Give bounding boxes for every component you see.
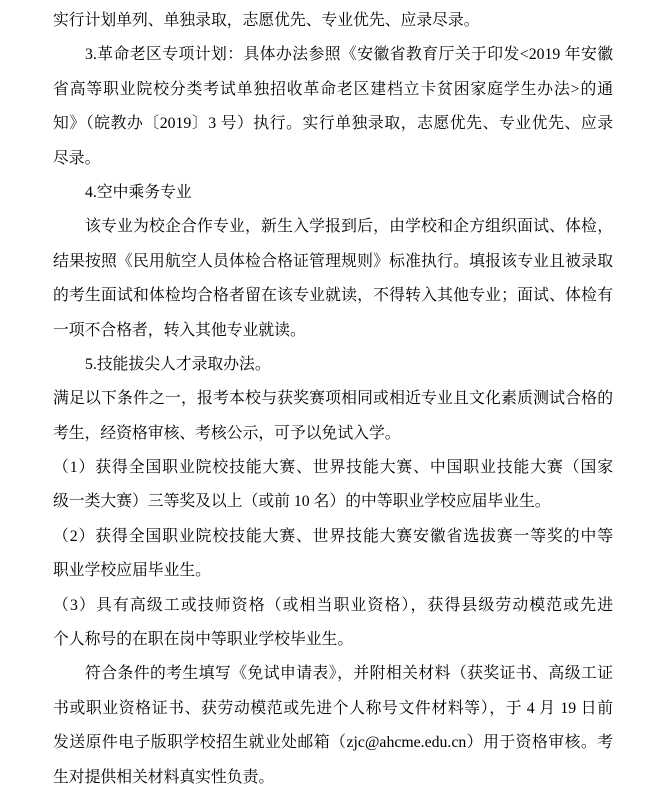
text-line: 书或职业资格证书、获劳动模范或先进个人称号文件材料等），于 4 月 19 日前 xyxy=(53,692,613,726)
document-page: 实行计划单列、单独录取，志愿优先、专业优先、应录尽录。3.革命老区专项计划：具体… xyxy=(0,0,659,797)
text-line: 知》（皖教办〔2019〕3 号）执行。实行单独录取，志愿优先、专业优先、应录 xyxy=(53,107,613,141)
text-line: 生对提供相关材料真实性负责。 xyxy=(53,761,613,795)
text-line: 实行计划单列、单独录取，志愿优先、专业优先、应录尽录。 xyxy=(53,4,613,38)
text-line: 省高等职业院校分类考试单独招收革命老区建档立卡贫困家庭学生办法>的通 xyxy=(53,73,613,107)
text-line: 个人称号的在职在岗中等职业学校毕业生。 xyxy=(53,623,613,657)
text-line: 该专业为校企合作专业，新生入学报到后，由学校和企方组织面试、体检， xyxy=(53,210,613,244)
text-line: （1）获得全国职业院校技能大赛、世界技能大赛、中国职业技能大赛（国家 xyxy=(53,451,613,485)
text-line: 职业学校应届毕业生。 xyxy=(53,554,613,588)
text-line: 满足以下条件之一，报考本校与获奖赛项相同或相近专业且文化素质测试合格的 xyxy=(53,382,613,416)
text-line: 符合条件的考生填写《免试申请表》，并附相关材料（获奖证书、高级工证 xyxy=(53,657,613,691)
text-line: 结果按照《民用航空人员体检合格证管理规则》标准执行。填报该专业且被录取 xyxy=(53,245,613,279)
text-line: 3.革命老区专项计划：具体办法参照《安徽省教育厅关于印发<2019 年安徽 xyxy=(53,38,613,72)
text-line: 的考生面试和体检均合格者留在该专业就读，不得转入其他专业；面试、体检有 xyxy=(53,279,613,313)
text-line: 发送原件电子版职学校招生就业处邮箱（zjc@ahcme.edu.cn）用于资格审… xyxy=(53,726,613,760)
text-line: 尽录。 xyxy=(53,142,613,176)
text-line: 一项不合格者，转入其他专业就读。 xyxy=(53,314,613,348)
text-line: （2）获得全国职业院校技能大赛、世界技能大赛安徽省选拔赛一等奖的中等 xyxy=(53,520,613,554)
text-line: 级一类大赛）三等奖及以上（或前 10 名）的中等职业学校应届毕业生。 xyxy=(53,485,613,519)
text-line: 5.技能拔尖人才录取办法。 xyxy=(53,348,613,382)
text-line: 考生，经资格审核、考核公示，可予以免试入学。 xyxy=(53,417,613,451)
text-line: 4.空中乘务专业 xyxy=(53,176,613,210)
text-line: （3）具有高级工或技师资格（或相当职业资格），获得县级劳动模范或先进 xyxy=(53,589,613,623)
document-body: 实行计划单列、单独录取，志愿优先、专业优先、应录尽录。3.革命老区专项计划：具体… xyxy=(53,4,613,795)
